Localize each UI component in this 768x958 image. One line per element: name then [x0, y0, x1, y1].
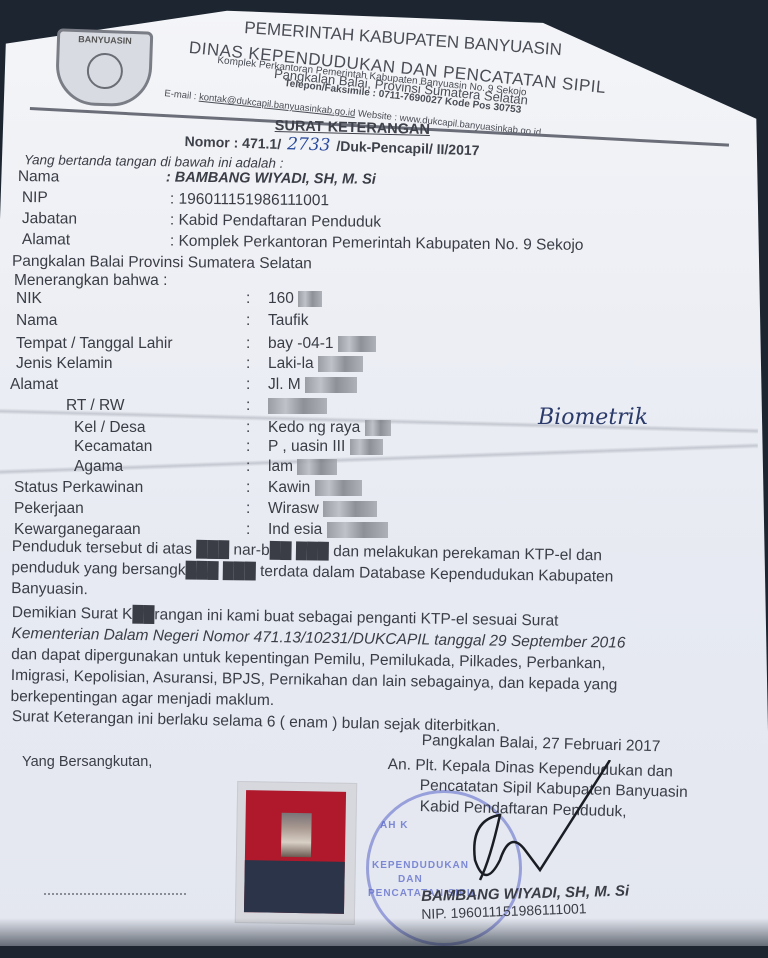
- emblem-icon: [86, 52, 123, 89]
- field-colon: :: [246, 397, 250, 415]
- applicant-label: Yang Bersangkutan,: [22, 754, 152, 770]
- redaction-block: [350, 439, 383, 455]
- redaction-block: [268, 398, 327, 414]
- field-value: Kedo ng raya: [268, 419, 391, 437]
- field-value-text: Kedo ng raya: [268, 419, 360, 436]
- paragraph-statement: Penduduk tersebut di atas ███ nar-b██ ██…: [11, 536, 752, 611]
- field-value: Laki-la: [268, 355, 363, 373]
- field-label: Alamat: [10, 376, 58, 394]
- field-value-text: 160: [268, 290, 294, 307]
- field-value-text: Jl. M: [268, 376, 301, 393]
- number-prefix: Nomor : 471.1/: [184, 133, 281, 152]
- field-value: Jl. M: [268, 376, 357, 394]
- field-label: Agama: [74, 458, 123, 476]
- field-value-text: P , uasin III: [268, 438, 345, 455]
- field-label: Tempat / Tanggal Lahir: [16, 335, 173, 353]
- field-colon: :: [246, 355, 250, 373]
- field-value: 160: [268, 290, 322, 308]
- paragraph-validity: Demikian Surat K██rangan ini kami buat s…: [10, 602, 752, 719]
- field-value: bay -04-1: [268, 335, 376, 353]
- redaction-block: [365, 420, 391, 436]
- field-colon: :: [246, 458, 250, 476]
- handwritten-number: 2733: [287, 134, 331, 155]
- redaction-block: [297, 459, 337, 475]
- field-value-text: Taufik: [268, 312, 309, 329]
- field-value: P , uasin III: [268, 438, 383, 456]
- field-value: Ind esia: [268, 521, 388, 539]
- field-value-text: lam: [268, 458, 293, 475]
- handwritten-note: Biometrik: [538, 405, 648, 430]
- field-colon: :: [246, 290, 250, 308]
- field-label: Pekerjaan: [14, 500, 84, 518]
- field-value-text: Laki-la: [268, 355, 314, 372]
- field-label: Alamat: [22, 231, 70, 250]
- redaction-block: [327, 522, 388, 538]
- field-value: Wirasw: [268, 500, 377, 518]
- field-value: : BAMBANG WIYADI, SH, M. Si: [166, 170, 376, 188]
- field-label: Jabatan: [22, 210, 77, 229]
- redaction-block: [318, 356, 363, 372]
- number-suffix: /Duk-Pencapil/ II/2017: [336, 138, 480, 158]
- field-label: Nama: [18, 168, 60, 186]
- field-colon: :: [246, 521, 250, 539]
- field-label: Status Perkawinan: [14, 479, 143, 497]
- field-colon: :: [246, 500, 250, 518]
- redaction-block: [298, 291, 322, 307]
- field-value-text: Kawin: [268, 479, 310, 496]
- field-colon: :: [246, 335, 250, 353]
- photo-face-blurred: [281, 813, 312, 858]
- field-value: [268, 397, 327, 415]
- field-value-text: bay -04-1: [268, 335, 333, 352]
- field-label: NIP: [22, 189, 48, 207]
- field-value: : 196011151986111001: [170, 191, 329, 211]
- applicant-signature-line: [44, 893, 186, 895]
- redaction-block: [315, 480, 362, 496]
- field-colon: :: [246, 419, 250, 437]
- field-label: NIK: [16, 290, 42, 308]
- field-value: Kawin: [268, 479, 362, 497]
- applicant-photo: [235, 781, 357, 925]
- field-value-text: Ind esia: [268, 521, 322, 538]
- redaction-block: [338, 336, 376, 352]
- field-colon: :: [246, 438, 250, 456]
- subject-intro: Menerangkan bahwa :: [14, 272, 167, 290]
- banyuasin-logo-icon: BANYUASIN: [55, 28, 154, 107]
- field-value: lam: [268, 458, 337, 476]
- signature-icon: [430, 760, 630, 900]
- field-label: Kecamatan: [74, 438, 152, 456]
- field-value-text: Wirasw: [268, 500, 319, 517]
- field-colon: :: [246, 479, 250, 497]
- field-label: Nama: [16, 312, 57, 330]
- signatory-address-cont: Pangkalan Balai Provinsi Sumatera Selata…: [12, 253, 312, 274]
- field-label: RT / RW: [66, 397, 125, 415]
- photo-body: [244, 860, 345, 914]
- field-colon: :: [246, 376, 250, 394]
- field-value: : Kabid Pendaftaran Penduduk: [170, 212, 381, 232]
- field-label: Kel / Desa: [74, 419, 146, 437]
- logo-text: BANYUASIN: [60, 33, 150, 46]
- redaction-block: [305, 377, 357, 393]
- field-value: Taufik: [268, 312, 309, 330]
- redaction-block: [323, 501, 377, 517]
- stamp-text: AH K: [380, 820, 408, 831]
- field-label: Jenis Kelamin: [16, 355, 113, 373]
- stamp-text: DAN: [398, 874, 423, 885]
- field-colon: :: [246, 312, 250, 330]
